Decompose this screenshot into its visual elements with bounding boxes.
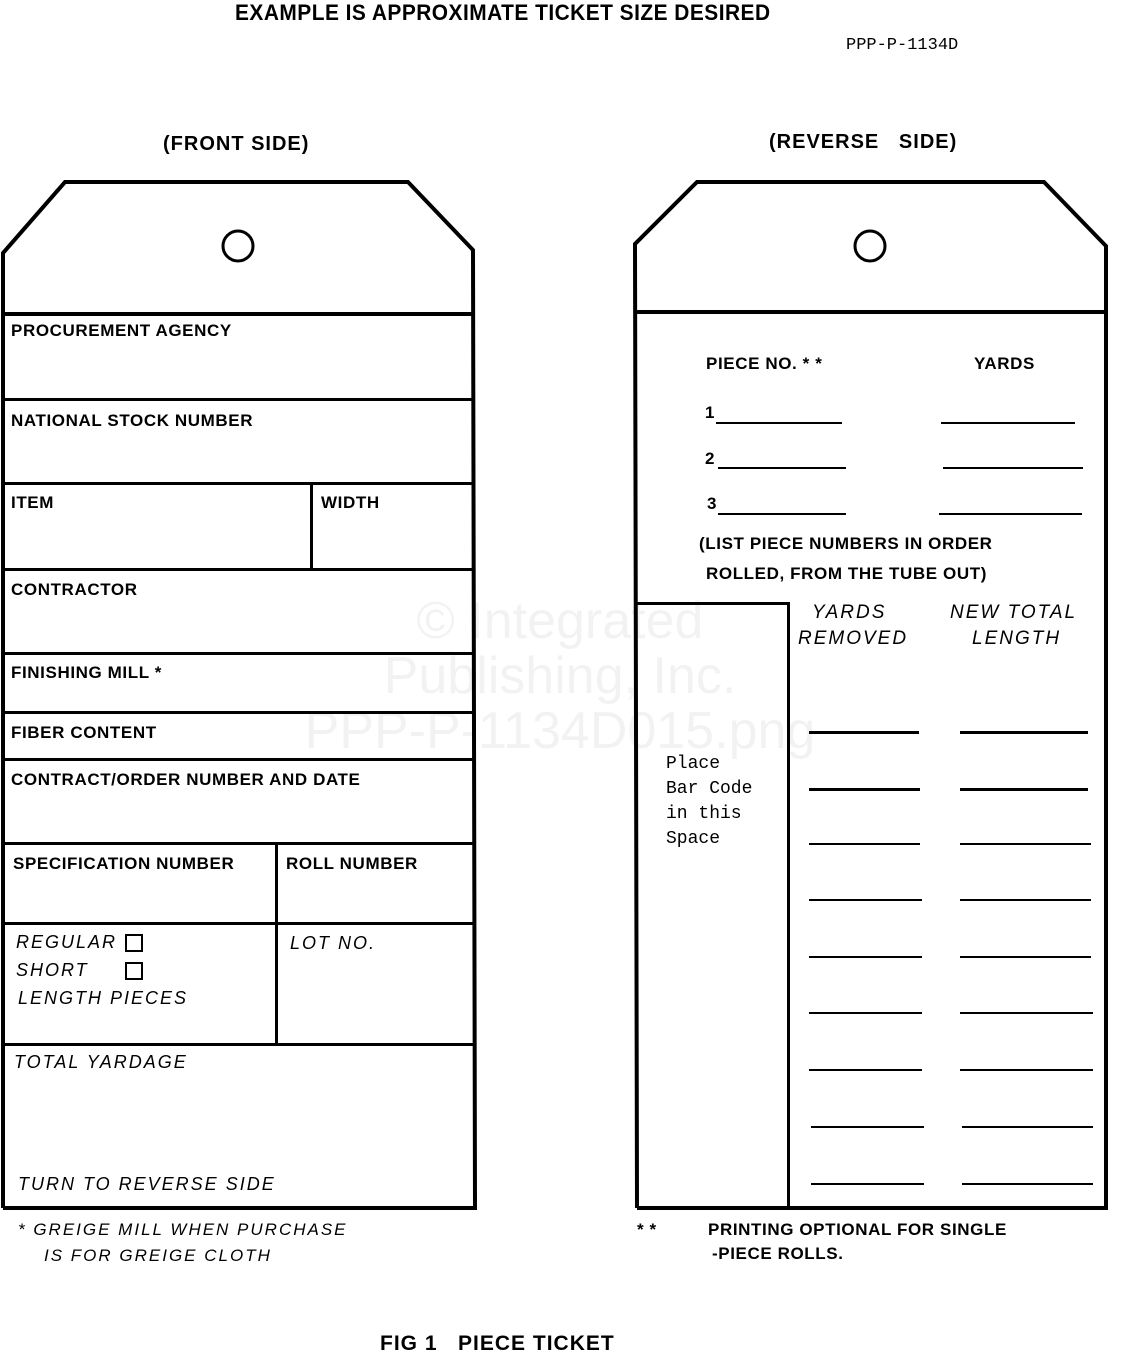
yards-header: YARDS — [974, 354, 1035, 374]
watermark: © Integrated Publishing, Inc. PPP-P-1134… — [160, 594, 960, 759]
regular-checkbox[interactable] — [125, 934, 143, 952]
regular-option[interactable]: REGULAR — [16, 932, 143, 953]
item-label: ITEM — [11, 493, 54, 513]
contractor-label: CONTRACTOR — [11, 580, 138, 600]
short-label: SHORT — [16, 960, 89, 980]
barcode-instructions: Place Bar Code in this Space — [666, 752, 752, 852]
figure-caption: FIG 1 PIECE TICKET — [380, 1332, 615, 1356]
front-footnote-line2: IS FOR GREIGE CLOTH — [44, 1246, 272, 1266]
width-label: WIDTH — [321, 493, 380, 513]
lot-no-label: LOT NO. — [290, 933, 376, 954]
piece-number-1: 1 — [705, 403, 715, 423]
reverse-footnote-line1: PRINTING OPTIONAL FOR SINGLE — [708, 1220, 1007, 1240]
finishing-mill-label: FINISHING MILL * — [11, 663, 162, 683]
fiber-content-label: FIBER CONTENT — [11, 723, 157, 743]
reverse-footnote-line2: -PIECE ROLLS. — [712, 1244, 844, 1264]
short-checkbox[interactable] — [125, 962, 143, 980]
regular-label: REGULAR — [16, 932, 117, 952]
turn-to-reverse-label: TURN TO REVERSE SIDE — [18, 1174, 276, 1195]
new-total-line2: LENGTH — [972, 628, 1061, 650]
list-note-line1: (LIST PIECE NUMBERS IN ORDER — [699, 534, 993, 554]
front-footnote-line1: * GREIGE MILL WHEN PURCHASE — [18, 1220, 348, 1240]
piece-number-3: 3 — [707, 494, 717, 514]
total-yardage-label: TOTAL YARDAGE — [14, 1052, 188, 1073]
procurement-agency-label: PROCUREMENT AGENCY — [11, 321, 232, 341]
specification-number-label: SPECIFICATION NUMBER — [13, 854, 234, 874]
piece-no-header: PIECE NO. * * — [706, 354, 822, 374]
contract-order-label: CONTRACT/ORDER NUMBER AND DATE — [11, 770, 360, 790]
roll-number-label: ROLL NUMBER — [286, 854, 418, 874]
list-note-line2: ROLLED, FROM THE TUBE OUT) — [706, 564, 987, 584]
national-stock-number-label: NATIONAL STOCK NUMBER — [11, 411, 253, 431]
reverse-footnote-mark: * * — [637, 1220, 657, 1240]
piece-number-2: 2 — [705, 449, 715, 469]
new-total-line1: NEW TOTAL — [950, 602, 1077, 624]
length-pieces-label: LENGTH PIECES — [18, 988, 188, 1009]
short-option[interactable]: SHORT — [16, 960, 143, 981]
